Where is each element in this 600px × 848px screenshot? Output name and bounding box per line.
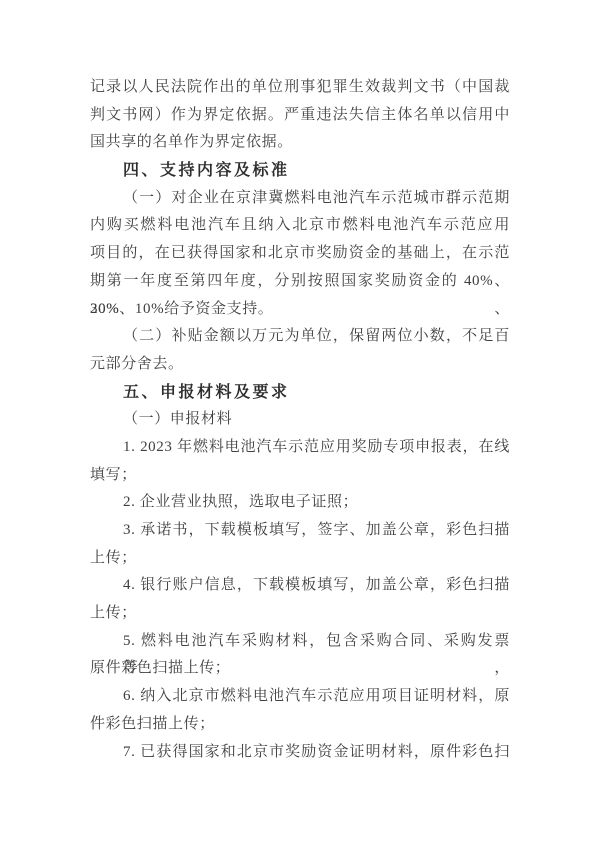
doc-line: 上传； [90, 600, 510, 628]
doc-line: 件彩色扫描上传； [90, 711, 510, 739]
doc-line: （一）对企业在京津冀燃料电池汽车示范城市群示范期 [90, 185, 510, 213]
doc-line: 填写； [90, 462, 510, 490]
doc-line: 3. 承诺书，下载模板填写，签字、加盖公章，彩色扫描 [90, 517, 510, 545]
doc-line: 判文书网）作为界定依据。严重违法失信主体名单以信用中 [90, 102, 510, 130]
doc-line: 内购买燃料电池汽车且纳入北京市燃料电池汽车示范应用 [90, 212, 510, 240]
doc-line: 1. 2023 年燃料电池汽车示范应用奖励专项申报表，在线 [90, 434, 510, 462]
doc-line: 项目的，在已获得国家和北京市奖励资金的基础上，在示范 [90, 240, 510, 268]
doc-line: 4. 银行账户信息，下载模板填写，加盖公章，彩色扫描 [90, 572, 510, 600]
doc-line: 6. 纳入北京市燃料电池汽车示范应用项目证明材料，原 [90, 683, 510, 711]
doc-line: 7. 已获得国家和北京市奖励资金证明材料，原件彩色扫 [90, 739, 510, 767]
document-page: 记录以人民法院作出的单位刑事犯罪生效裁判文书（中国裁 判文书网）作为界定依据。严… [0, 0, 600, 848]
doc-line: 国共享的名单作为界定依据。 [90, 129, 510, 157]
doc-line: 上传； [90, 545, 510, 573]
doc-line: 2. 企业营业执照，选取电子证照； [90, 489, 510, 517]
doc-line: 5. 燃料电池汽车采购材料，包含采购合同、采购发票等， [90, 628, 510, 656]
doc-line: 期第一年度至第四年度，分别按照国家奖励资金的 40%、30%、 [90, 268, 510, 296]
section-heading-5: 五、申报材料及要求 [90, 379, 510, 407]
doc-line: （一）申报材料 [90, 406, 510, 434]
section-heading-4: 四、支持内容及标准 [90, 157, 510, 185]
doc-line: （二）补贴金额以万元为单位，保留两位小数，不足百 [90, 323, 510, 351]
doc-line: 元部分舍去。 [90, 351, 510, 379]
doc-line: 记录以人民法院作出的单位刑事犯罪生效裁判文书（中国裁 [90, 74, 510, 102]
